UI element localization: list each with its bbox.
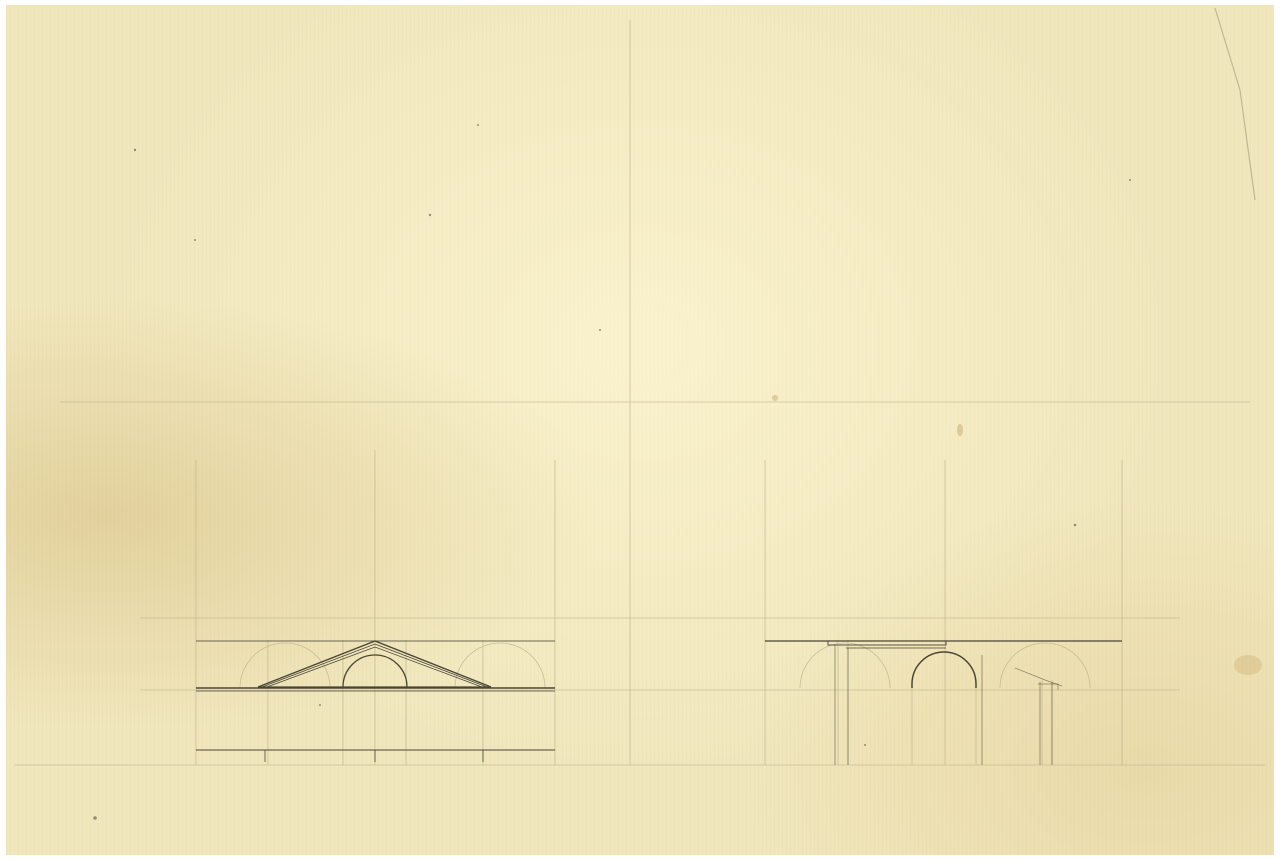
arch — [912, 652, 976, 688]
stain — [957, 424, 963, 436]
architectural-drawing — [0, 0, 1280, 860]
paper-specks — [93, 124, 1131, 820]
pediment — [258, 641, 491, 687]
stain — [1234, 655, 1262, 675]
stain — [772, 395, 778, 401]
construction-lines — [15, 20, 1265, 765]
paper-crease — [1215, 8, 1255, 200]
left-elevation — [196, 641, 555, 762]
right-elevation — [765, 641, 1122, 765]
